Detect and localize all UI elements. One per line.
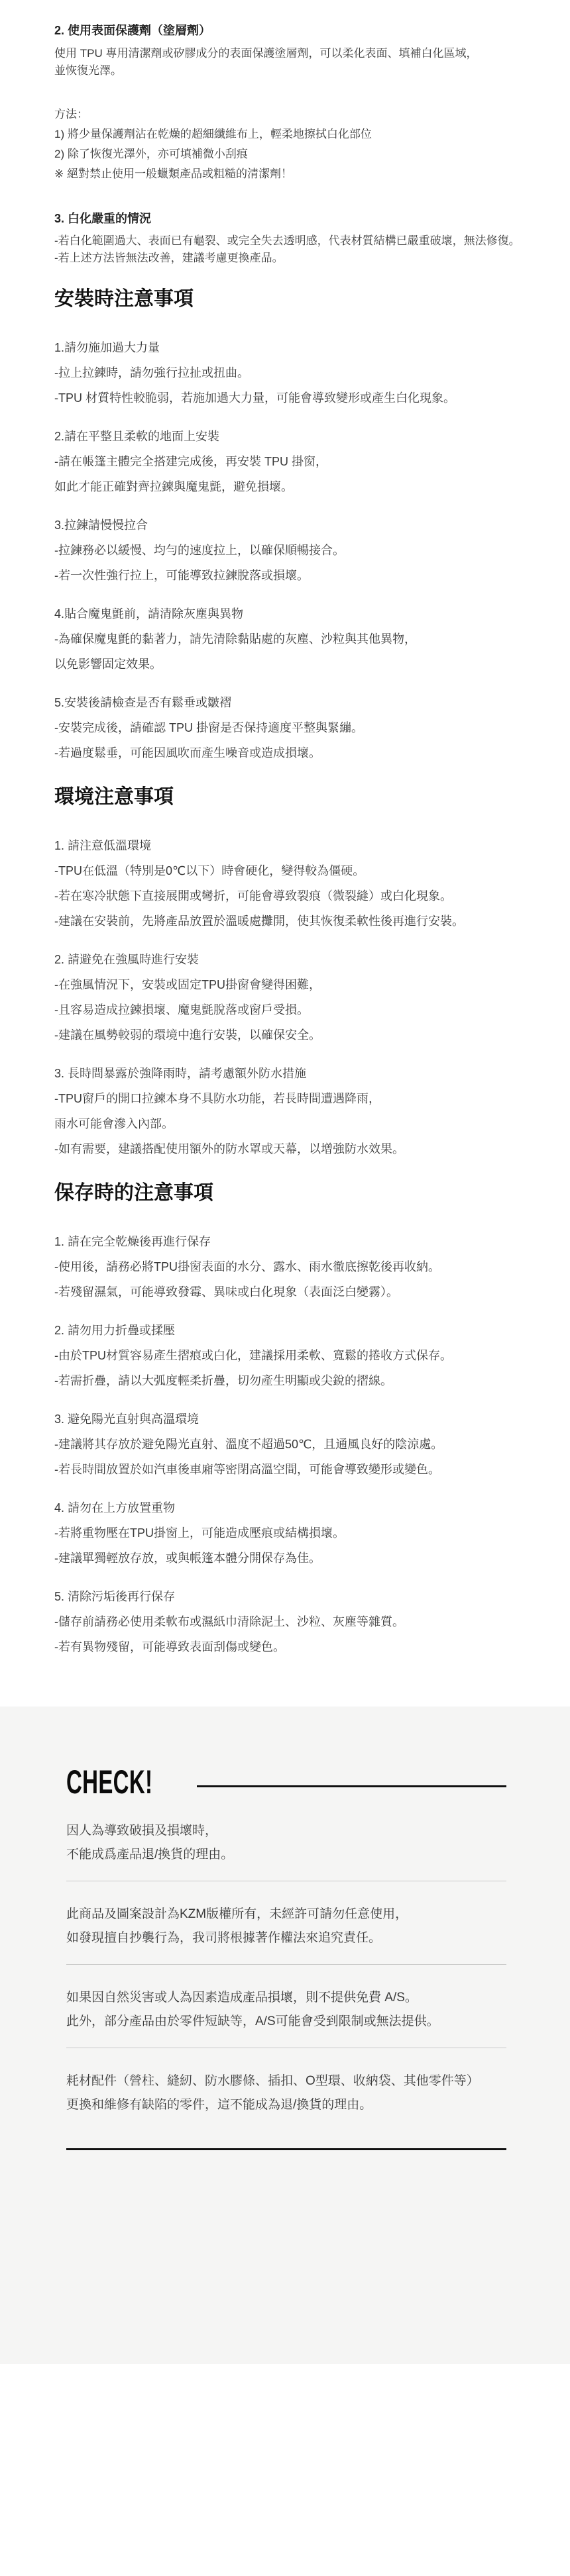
install-item: 2.請在平整且柔軟的地面上安裝 -請在帳篷主體完全搭建完成後，再安裝 TPU 掛… — [54, 430, 570, 493]
item-heading: 4. 請勿在上方放置重物 — [54, 1501, 570, 1514]
item-line: -若需折疊，請以大弧度輕柔折疊，切勿產生明顯或尖銳的摺線。 — [54, 1374, 570, 1387]
item-heading: 3. 長時間暴露於強降雨時，請考慮額外防水措施 — [54, 1067, 570, 1080]
item-line: -建議單獨輕放存放，或與帳篷本體分開保存為佳。 — [54, 1552, 570, 1565]
section-storage: 保存時的注意事項 1. 請在完全乾燥後再進行保存 -使用後，請務必將TPU掛窗表… — [54, 1181, 570, 1654]
care-item3-title: 3. 白化嚴重的情況 — [54, 211, 570, 226]
check-line: 因人為導致破損及損壞時， — [66, 1823, 506, 1838]
check-header: CHECK! — [66, 1763, 506, 1801]
item-line: -TPU 材質特性較脆弱，若施加過大力量，可能會導致變形或產生白化現象。 — [54, 391, 570, 405]
item-line: -建議將其存放於避免陽光直射、溫度不超過50℃，且通風良好的陰涼處。 — [54, 1438, 570, 1451]
item-line: -若有異物殘留，可能導致表面刮傷或變色。 — [54, 1640, 570, 1654]
care-item2-line: 並恢復光澤。 — [54, 62, 570, 79]
item-heading: 2. 請避免在強風時進行安裝 — [54, 953, 570, 966]
item-line: -儲存前請務必使用柔軟布或濕紙巾清除泥土、沙粒、灰塵等雜質。 — [54, 1615, 570, 1628]
check-line: 更換和維修有缺陷的零件，這不能成為退/換貨的理由。 — [66, 2097, 506, 2112]
item-heading: 5.安裝後請檢查是否有鬆垂或皺褶 — [54, 696, 570, 709]
check-line: 如發現擅自抄襲行為，我司將根據著作權法來追究責任。 — [66, 1930, 506, 1946]
item-line: -為確保魔鬼氈的黏著力，請先清除黏貼處的灰塵、沙粒與其他異物， — [54, 632, 570, 646]
final-rule — [66, 2148, 506, 2150]
item-heading: 2.請在平整且柔軟的地面上安裝 — [54, 430, 570, 443]
item-heading: 1. 請在完全乾燥後再進行保存 — [54, 1235, 570, 1248]
item-line: -若過度鬆垂，可能因風吹而產生噪音或造成損壞。 — [54, 746, 570, 760]
storage-item: 3. 避免陽光直射與高溫環境 -建議將其存放於避免陽光直射、溫度不超過50℃，且… — [54, 1412, 570, 1476]
section-title: 環境注意事項 — [54, 785, 570, 810]
check-line: 如果因自然災害或人為因素造成產品損壞，則不提供免費 A/S。 — [66, 1990, 506, 2005]
check-line: 此外，部分產品由於零件短缺等，A/S可能會受到限制或無法提供。 — [66, 2014, 506, 2029]
install-item: 3.拉鍊請慢慢拉合 -拉鍊務必以緩慢、均勻的速度拉上，以確保順暢接合。 -若一次… — [54, 519, 570, 582]
item-line: -使用後，請務必將TPU掛窗表面的水分、露水、雨水徹底擦乾後再收納。 — [54, 1260, 570, 1273]
check-line: 不能成爲產品退/換貨的理由。 — [66, 1847, 506, 1862]
install-item: 1.請勿施加過大力量 -拉上拉鍊時，請勿強行拉扯或扭曲。 -TPU 材質特性較脆… — [54, 341, 570, 405]
product-care-page: 2. 使用表面保護劑（塗層劑） 使用 TPU 專用清潔劑或矽膠成分的表面保護塗層… — [0, 0, 570, 2364]
check-line: 耗材配件（營柱、縫紉、防水膠條、插扣、O型環、收納袋、其他零件等） — [66, 2073, 506, 2089]
item-line: -在強風情況下，安裝或固定TPU掛窗會變得困難， — [54, 978, 570, 991]
section-environment: 環境注意事項 1. 請注意低溫環境 -TPU在低溫（特別是0℃以下）時會硬化，變… — [54, 785, 570, 1156]
check-paragraph: 此商品及圖案設計為KZM版權所有，未經許可請勿任意使用， 如發現擅自抄襲行為，我… — [66, 1907, 506, 1946]
method-label: 方法： — [54, 105, 570, 124]
care-item3-line: -若白化範圍過大、表面已有龜裂、或完全失去透明感，代表材質結構已嚴重破壞，無法修… — [54, 232, 570, 250]
item-line: -TPU在低溫（特別是0℃以下）時會硬化，變得較為僵硬。 — [54, 864, 570, 877]
item-line: 以免影響固定效果。 — [54, 658, 570, 671]
check-paragraph: 因人為導致破損及損壞時， 不能成爲產品退/換貨的理由。 — [66, 1823, 506, 1862]
item-line: -建議在風勢較弱的環境中進行安裝，以確保安全。 — [54, 1028, 570, 1042]
item-line: -若在寒冷狀態下直接展開或彎折，可能會導致裂痕（微裂縫）或白化現象。 — [54, 889, 570, 903]
install-item: 4.貼合魔鬼氈前，請清除灰塵與異物 -為確保魔鬼氈的黏著力，請先清除黏貼處的灰塵… — [54, 607, 570, 671]
item-line: 如此才能正確對齊拉鍊與魔鬼氈，避免損壞。 — [54, 480, 570, 493]
check-title-rule — [197, 1785, 506, 1787]
check-paragraph: 如果因自然災害或人為因素造成產品損壞，則不提供免費 A/S。 此外，部分產品由於… — [66, 1990, 506, 2029]
item-heading: 4.貼合魔鬼氈前，請清除灰塵與異物 — [54, 607, 570, 620]
item-line: -且容易造成拉鍊損壞、魔鬼氈脫落或窗戶受損。 — [54, 1003, 570, 1016]
item-line: 雨水可能會滲入內部。 — [54, 1117, 570, 1130]
item-line: -請在帳篷主體完全搭建完成後，再安裝 TPU 掛窗， — [54, 455, 570, 468]
storage-item: 2. 請勿用力折疊或揉壓 -由於TPU材質容易產生摺痕或白化，建議採用柔軟、寬鬆… — [54, 1324, 570, 1387]
install-item: 5.安裝後請檢查是否有鬆垂或皺褶 -安裝完成後，請確認 TPU 掛窗是否保持適度… — [54, 696, 570, 760]
check-title: CHECK! — [66, 1763, 152, 1801]
method-step: 2) 除了恢復光澤外，亦可填補微小刮痕 — [54, 144, 570, 164]
item-line: -若將重物壓在TPU掛窗上，可能造成壓痕或結構損壞。 — [54, 1526, 570, 1540]
environment-item: 3. 長時間暴露於強降雨時，請考慮額外防水措施 -TPU窗戶的開口拉鍊本身不具防… — [54, 1067, 570, 1156]
item-line: -若一次性強行拉上，可能導致拉鍊脫落或損壞。 — [54, 569, 570, 582]
environment-item: 2. 請避免在強風時進行安裝 -在強風情況下，安裝或固定TPU掛窗會變得困難， … — [54, 953, 570, 1042]
section-installation: 安裝時注意事項 1.請勿施加過大力量 -拉上拉鍊時，請勿強行拉扯或扭曲。 -TP… — [54, 287, 570, 760]
item-heading: 2. 請勿用力折疊或揉壓 — [54, 1324, 570, 1337]
method-step: 1) 將少量保護劑沾在乾燥的超細纖維布上，輕柔地擦拭白化部位 — [54, 124, 570, 144]
item-line: -若殘留濕氣，可能導致發霉、異味或白化現象（表面泛白變霧）。 — [54, 1285, 570, 1299]
section-title: 安裝時注意事項 — [54, 287, 570, 312]
divider — [66, 1881, 506, 1881]
method-warning: ※ 絕對禁止使用一般蠟類產品或粗糙的清潔劑！ — [54, 164, 570, 184]
care-instructions-area: 2. 使用表面保護劑（塗層劑） 使用 TPU 專用清潔劑或矽膠成分的表面保護塗層… — [0, 0, 570, 1707]
check-notice-section: CHECK! 因人為導致破損及損壞時， 不能成爲產品退/換貨的理由。 此商品及圖… — [0, 1707, 570, 2364]
item-heading: 1. 請注意低溫環境 — [54, 839, 570, 852]
item-heading: 1.請勿施加過大力量 — [54, 341, 570, 354]
item-heading: 3.拉鍊請慢慢拉合 — [54, 519, 570, 532]
care-item2-line: 使用 TPU 專用清潔劑或矽膠成分的表面保護塗層劑，可以柔化表面、填補白化區域， — [54, 45, 570, 62]
item-line: -拉鍊務必以緩慢、均勻的速度拉上，以確保順暢接合。 — [54, 544, 570, 557]
method-block: 方法： 1) 將少量保護劑沾在乾燥的超細纖維布上，輕柔地擦拭白化部位 2) 除了… — [54, 105, 570, 184]
check-line: 此商品及圖案設計為KZM版權所有，未經許可請勿任意使用， — [66, 1907, 506, 1922]
item-heading: 5. 清除污垢後再行保存 — [54, 1590, 570, 1603]
item-line: -建議在安裝前，先將產品放置於溫暖處攤開，使其恢復柔軟性後再進行安裝。 — [54, 915, 570, 928]
care-item3-line: -若上述方法皆無法改善，建議考慮更換產品。 — [54, 250, 570, 267]
whitening-care-block: 2. 使用表面保護劑（塗層劑） 使用 TPU 專用清潔劑或矽膠成分的表面保護塗層… — [54, 23, 570, 267]
item-line: -拉上拉鍊時，請勿強行拉扯或扭曲。 — [54, 366, 570, 379]
storage-item: 4. 請勿在上方放置重物 -若將重物壓在TPU掛窗上，可能造成壓痕或結構損壞。 … — [54, 1501, 570, 1565]
item-line: -由於TPU材質容易產生摺痕或白化，建議採用柔軟、寬鬆的捲收方式保存。 — [54, 1349, 570, 1362]
item-line: -TPU窗戶的開口拉鍊本身不具防水功能，若長時間遭遇降雨， — [54, 1092, 570, 1105]
storage-item: 5. 清除污垢後再行保存 -儲存前請務必使用柔軟布或濕紙巾清除泥土、沙粒、灰塵等… — [54, 1590, 570, 1654]
check-paragraph: 耗材配件（營柱、縫紉、防水膠條、插扣、O型環、收納袋、其他零件等） 更換和維修有… — [66, 2073, 506, 2112]
whitening-severe-block: 3. 白化嚴重的情況 -若白化範圍過大、表面已有龜裂、或完全失去透明感，代表材質… — [54, 211, 570, 267]
item-line: -若長時間放置於如汽車後車廂等密閉高溫空間，可能會導致變形或變色。 — [54, 1463, 570, 1476]
divider — [66, 1964, 506, 1965]
item-line: -如有需要，建議搭配使用額外的防水罩或天幕，以增強防水效果。 — [54, 1142, 570, 1156]
section-title: 保存時的注意事項 — [54, 1181, 570, 1206]
storage-item: 1. 請在完全乾燥後再進行保存 -使用後，請務必將TPU掛窗表面的水分、露水、雨… — [54, 1235, 570, 1299]
divider — [66, 2048, 506, 2048]
item-heading: 3. 避免陽光直射與高溫環境 — [54, 1412, 570, 1426]
environment-item: 1. 請注意低溫環境 -TPU在低溫（特別是0℃以下）時會硬化，變得較為僵硬。 … — [54, 839, 570, 928]
care-item2-title: 2. 使用表面保護劑（塗層劑） — [54, 23, 570, 38]
item-line: -安裝完成後，請確認 TPU 掛窗是否保持適度平整與緊繃。 — [54, 721, 570, 734]
